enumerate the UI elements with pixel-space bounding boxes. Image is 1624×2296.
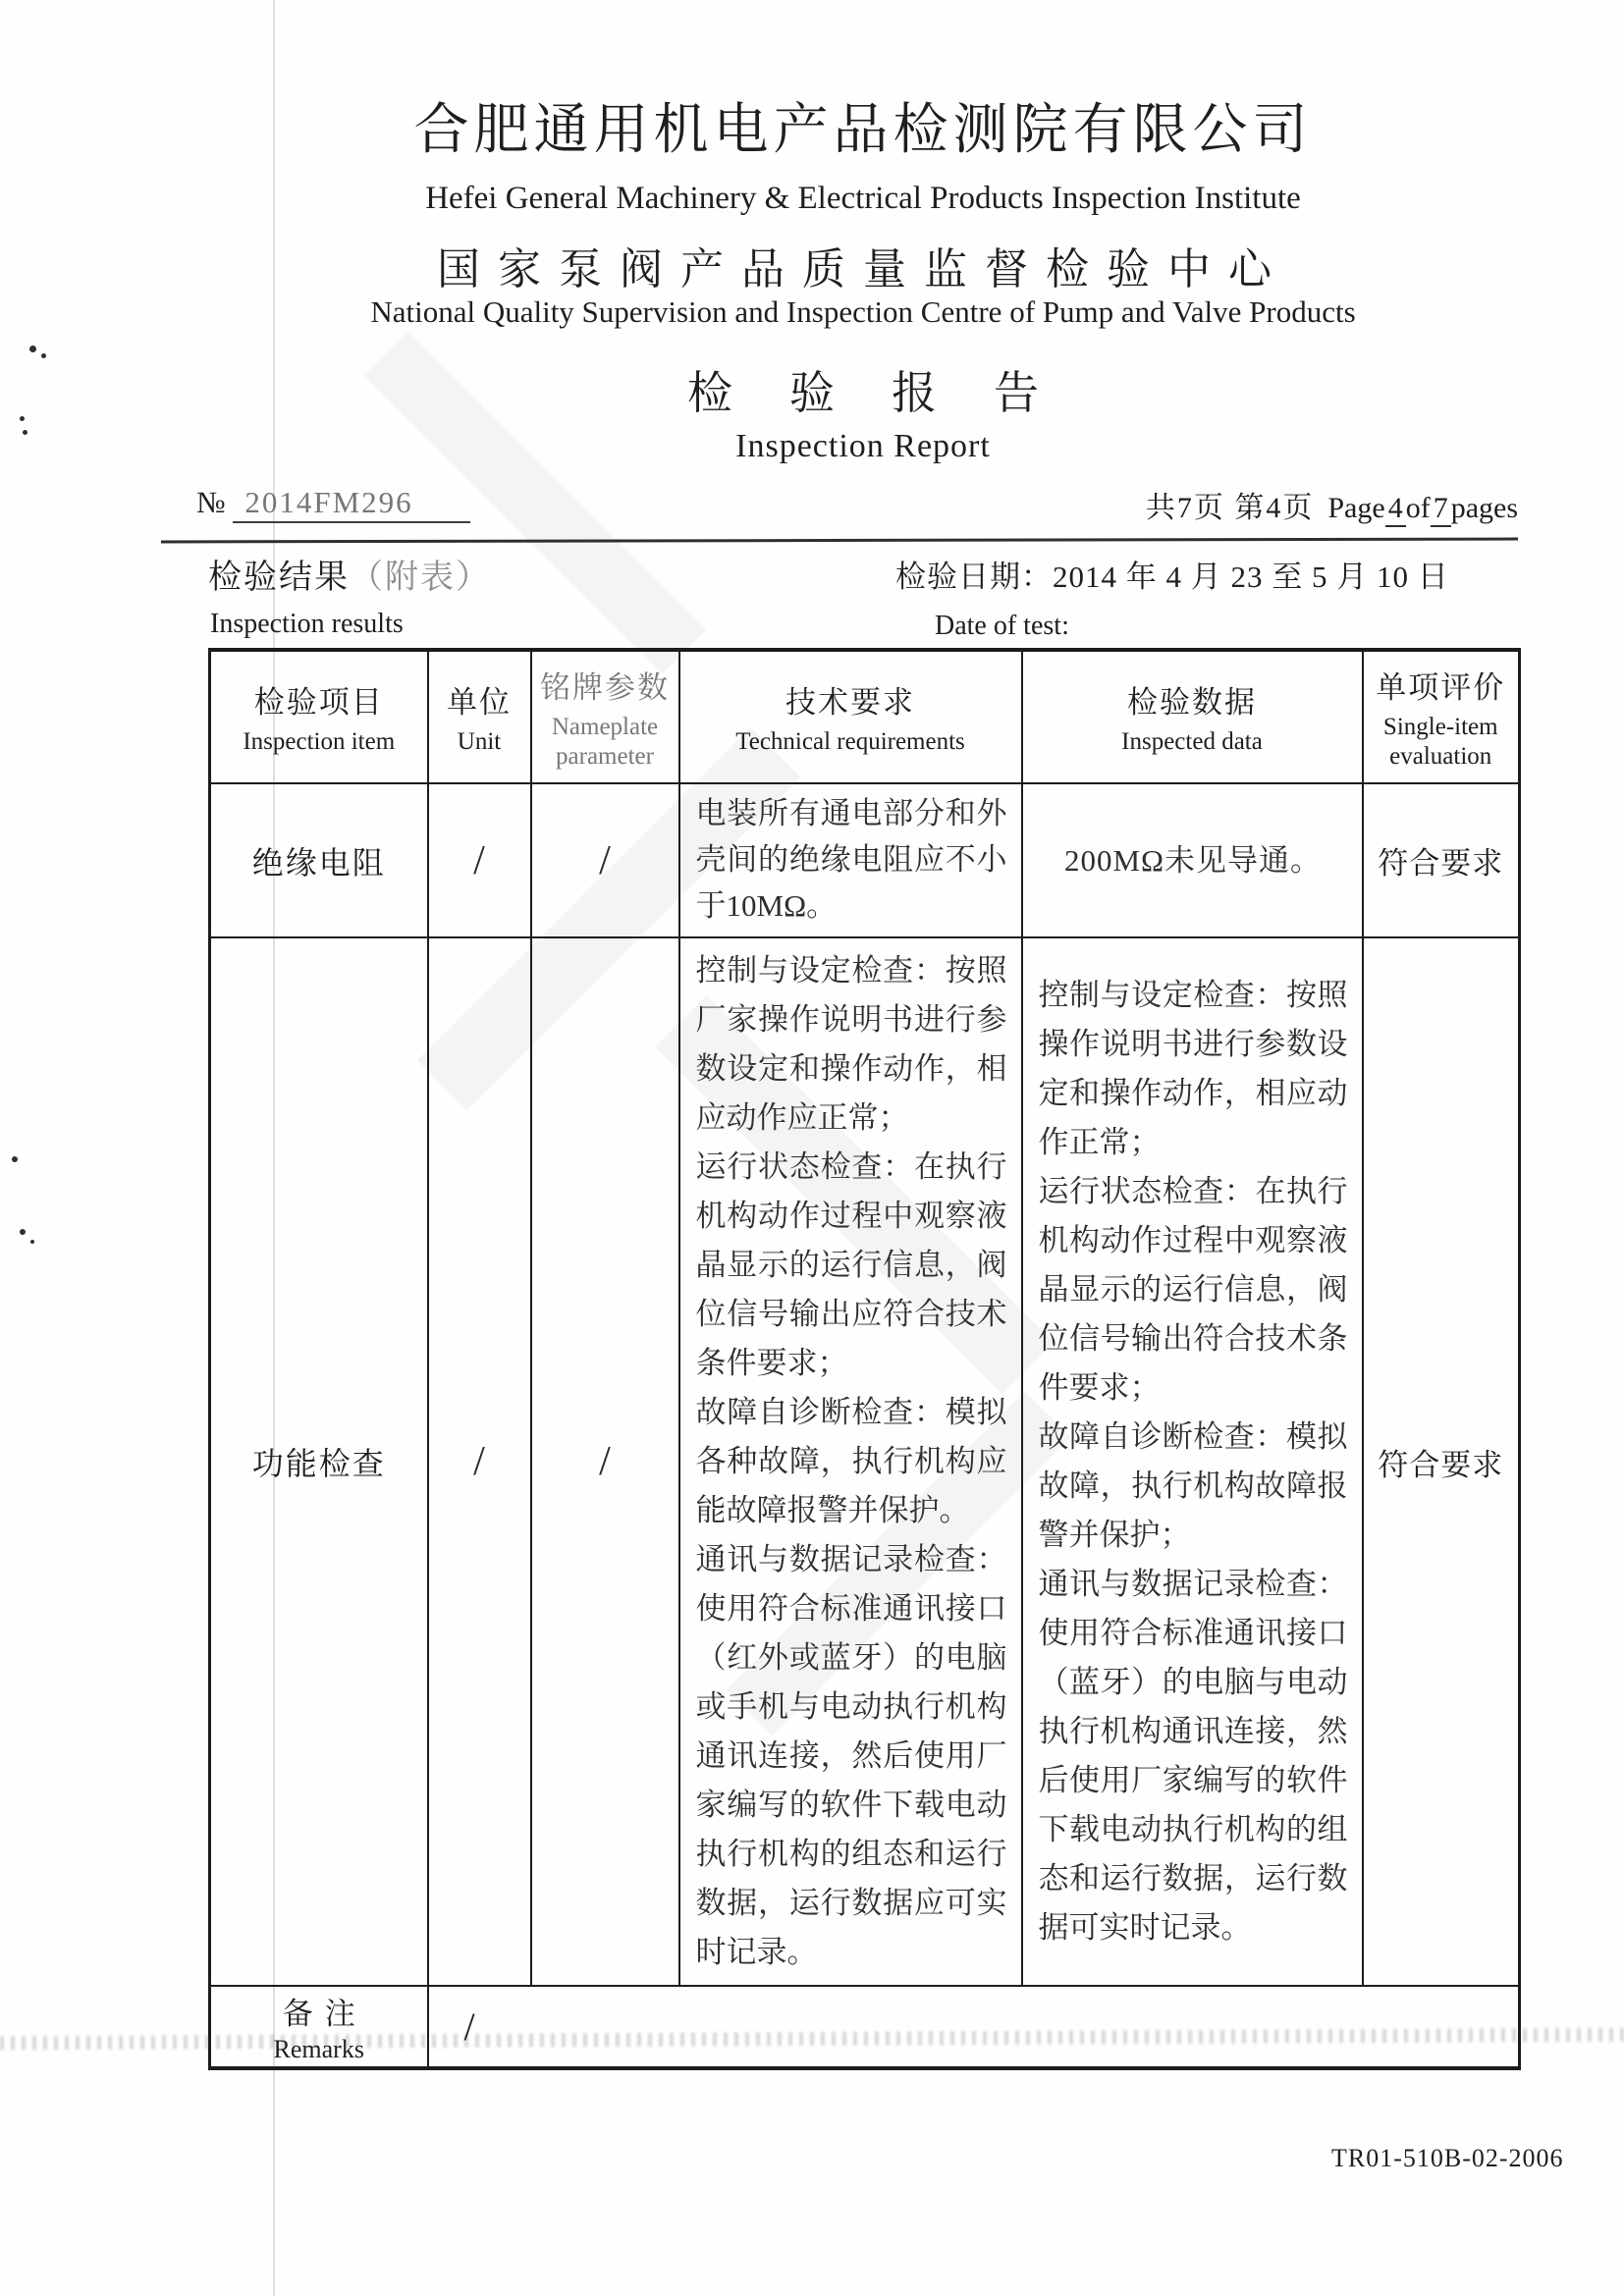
- header-technical-requirements: 技术要求 Technical requirements: [679, 650, 1022, 783]
- item-name: 绝缘电阻: [210, 783, 428, 937]
- report-number: 2014FM296: [233, 485, 469, 523]
- table-row-remarks: 备注 Remarks /: [210, 1986, 1520, 2068]
- horizontal-rule: [161, 538, 1518, 544]
- header-inspected-data: 检验数据 Inspected data: [1022, 650, 1363, 783]
- remarks-label: 备注 Remarks: [210, 1986, 428, 2068]
- table-row-function-check: 功能检查 / / 控制与设定检查：按照厂家操作说明书进行参数设定和操作动作，相应…: [210, 937, 1520, 1986]
- technical-requirements-text: 控制与设定检查：按照厂家操作说明书进行参数设定和操作动作，相应动作应正常； 运行…: [679, 937, 1022, 1986]
- page-total: 7: [1431, 492, 1451, 527]
- scan-speck: [29, 346, 36, 352]
- nameplate-value: /: [531, 937, 679, 1986]
- unit-value: /: [428, 783, 531, 937]
- no-label: №: [196, 485, 226, 519]
- scan-speck: [23, 430, 27, 435]
- company-name-cn: 合肥通用机电产品检测院有限公司: [208, 86, 1518, 165]
- document-code: TR01-510B-02-2006: [1331, 2144, 1564, 2173]
- pages-label: pages: [1451, 492, 1518, 524]
- results-title-paren: （附表）: [350, 560, 491, 596]
- remarks-value: /: [428, 1986, 1520, 2068]
- header-inspection-item: 检验项目 Inspection item: [210, 650, 428, 783]
- scan-speck: [20, 1229, 26, 1235]
- date-label-en: Date of test:: [935, 611, 1069, 642]
- report-number-line: № 2014FM296: [196, 485, 470, 520]
- evaluation-value: 符合要求: [1363, 937, 1520, 1986]
- results-section-title-en: Inspection results: [210, 609, 404, 640]
- scan-speck: [12, 1156, 18, 1162]
- scan-speck: [41, 353, 46, 358]
- table-row-insulation-resistance: 绝缘电阻 / / 电装所有通电部分和外壳间的绝缘电阻应不小于10MΩ。 200M…: [210, 783, 1520, 937]
- inspection-report-page: 合肥通用机电产品检测院有限公司 Hefei General Machinery …: [0, 0, 1624, 2296]
- test-date-line: 检验日期：2014 年 4 月 23 至 5 月 10 日: [895, 552, 1449, 596]
- page-label: Page: [1327, 492, 1384, 524]
- results-title-cn: 检验结果: [208, 560, 350, 596]
- page-current: 4: [1385, 492, 1406, 527]
- date-label-cn: 检验日期：: [895, 560, 1053, 594]
- header-nameplate-parameter: 铭牌参数 Nameplate parameter: [531, 650, 679, 783]
- unit-value: /: [428, 937, 531, 1986]
- report-title-en: Inspection Report: [208, 428, 1518, 465]
- nameplate-value: /: [531, 783, 679, 937]
- company-name-en: Hefei General Machinery & Electrical Pro…: [208, 181, 1518, 217]
- center-name-en: National Quality Supervision and Inspect…: [208, 294, 1518, 330]
- scan-speck: [30, 1240, 34, 1244]
- header-single-item-evaluation: 单项评价 Single-item evaluation: [1363, 650, 1520, 783]
- date-value: 2014 年 4 月 23 至 5 月 10 日: [1053, 560, 1449, 594]
- results-section-title: 检验结果（附表）: [208, 550, 491, 598]
- center-name-cn: 国家泵阀产品质量监督检验中心: [208, 234, 1518, 296]
- page-info: 共7页 第4页Page4of7pages: [982, 483, 1518, 526]
- header-unit: 单位 Unit: [428, 650, 531, 783]
- of-label: of: [1406, 492, 1431, 524]
- item-name: 功能检查: [210, 937, 428, 1986]
- inspected-data-text: 200MΩ未见导通。: [1022, 783, 1363, 937]
- report-title-cn: 检验报告: [208, 357, 1518, 422]
- page-info-cn: 共7页 第4页: [1146, 492, 1315, 524]
- results-table: 检验项目 Inspection item 单位 Unit 铭牌参数 Namepl…: [208, 648, 1521, 2070]
- technical-requirements-text: 电装所有通电部分和外壳间的绝缘电阻应不小于10MΩ。: [679, 783, 1022, 937]
- evaluation-value: 符合要求: [1363, 783, 1520, 937]
- scan-speck: [20, 416, 25, 421]
- inspected-data-text: 控制与设定检查：按照操作说明书进行参数设定和操作动作，相应动作正常； 运行状态检…: [1022, 937, 1363, 1986]
- table-header-row: 检验项目 Inspection item 单位 Unit 铭牌参数 Namepl…: [210, 650, 1520, 783]
